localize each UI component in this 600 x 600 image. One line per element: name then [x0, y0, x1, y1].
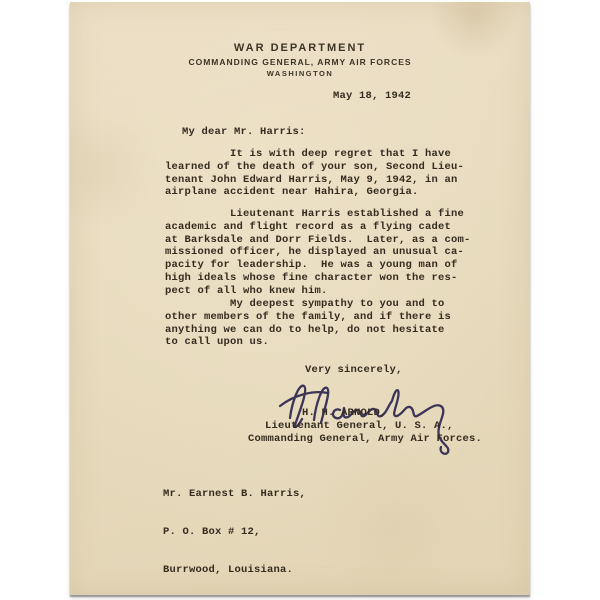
recipient-name: Mr. Earnest B. Harris, [163, 488, 306, 501]
letterhead-department: WAR DEPARTMENT [70, 42, 530, 54]
signature-typed-name: H. H. ARNOLD, [302, 407, 387, 420]
letterhead-office: COMMANDING GENERAL, ARMY AIR FORCES [70, 57, 530, 67]
body-paragraph-3: My deepest sympathy to you and to other … [165, 298, 451, 349]
body-paragraph-1: It is with deep regret that I have learn… [165, 148, 464, 199]
letter-date: May 18, 1942 [333, 90, 411, 103]
letter-page: WAR DEPARTMENT COMMANDING GENERAL, ARMY … [70, 2, 530, 595]
signature-title-rank: Lieutenant General, U. S. A., [265, 420, 454, 433]
signature-title-office: Commanding General, Army Air Forces. [248, 433, 482, 446]
recipient-address: Mr. Earnest B. Harris, P. O. Box # 12, B… [163, 462, 306, 600]
recipient-city: Burrwood, Louisiana. [163, 564, 306, 577]
letterhead-city: WASHINGTON [70, 69, 530, 78]
recipient-po-box: P. O. Box # 12, [163, 526, 306, 539]
salutation: My dear Mr. Harris: [182, 126, 306, 139]
closing-phrase: Very sincerely, [305, 364, 403, 377]
body-paragraph-2: Lieutenant Harris established a fine aca… [165, 208, 471, 298]
